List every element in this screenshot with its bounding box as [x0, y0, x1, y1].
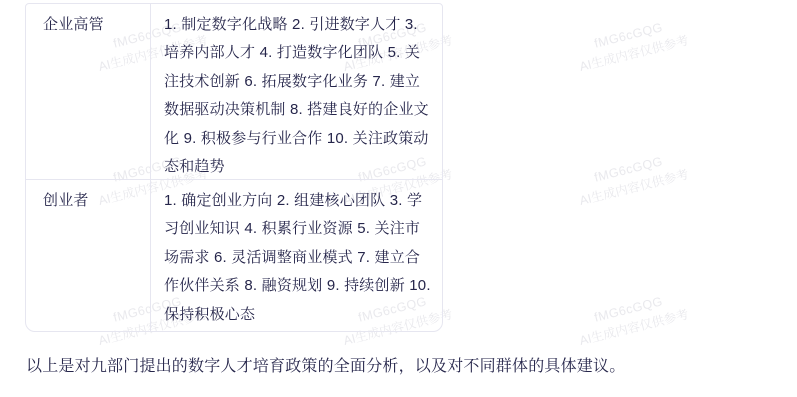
table-row-content-executives: 1. 制定数字化战略 2. 引进数字人才 3. 培养内部人才 4. 打造数字化团…: [150, 4, 442, 179]
watermark: fMG6cGQG AI生成内容仅供参考: [573, 13, 691, 77]
table-row-content-entrepreneurs: 1. 确定创业方向 2. 组建核心团队 3. 学习创业知识 4. 积累行业资源 …: [150, 179, 442, 331]
page: fMG6cGQG AI生成内容仅供参考 fMG6cGQG AI生成内容仅供参考 …: [0, 0, 797, 397]
watermark: fMG6cGQG AI生成内容仅供参考: [573, 287, 691, 351]
watermark: fMG6cGQG AI生成内容仅供参考: [573, 147, 691, 211]
advice-table: 企业高管 1. 制定数字化战略 2. 引进数字人才 3. 培养内部人才 4. 打…: [25, 3, 443, 332]
table-row-label-executives: 企业高管: [26, 4, 150, 179]
conclusion-text: 以上是对九部门提出的数字人才培育政策的全面分析，以及对不同群体的具体建议。: [26, 355, 766, 379]
table-row-label-entrepreneurs: 创业者: [26, 179, 150, 331]
